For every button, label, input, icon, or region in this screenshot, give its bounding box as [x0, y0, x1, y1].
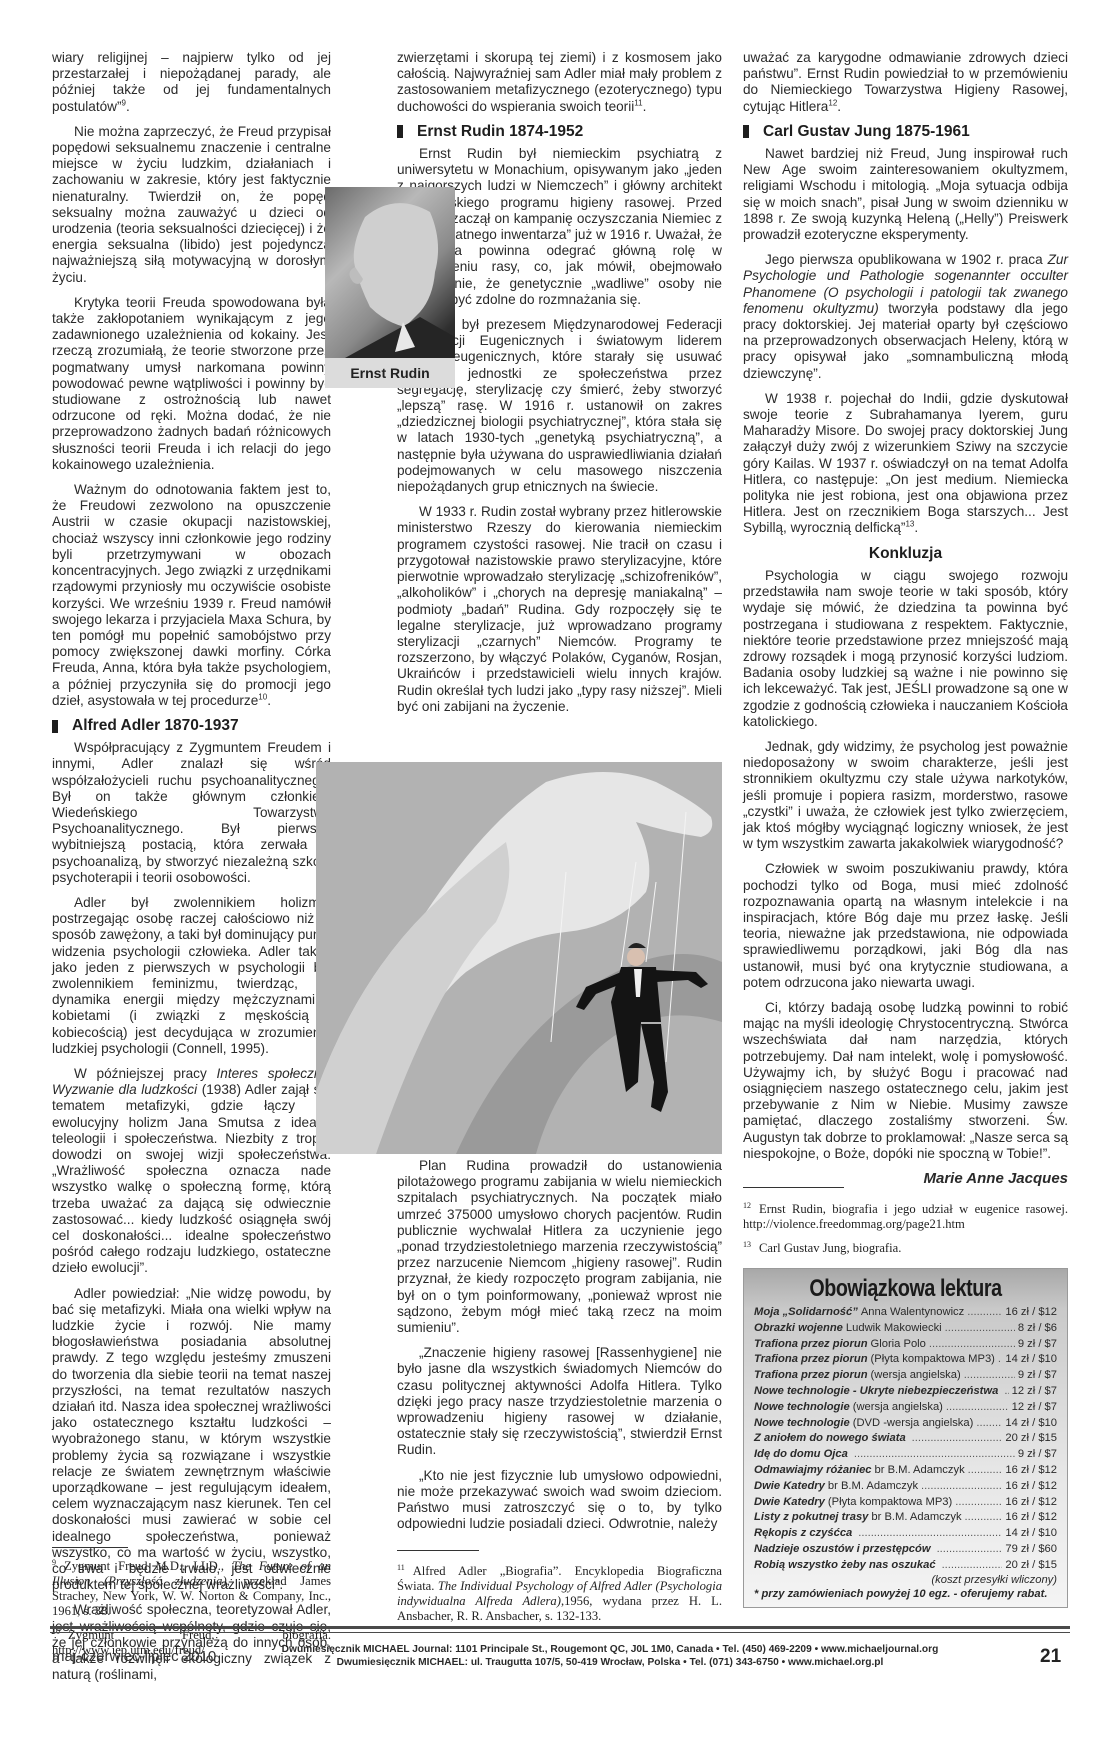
- paragraph: uważać za karygodne odmawianie zdrowych …: [743, 50, 1068, 115]
- book-item: Robią wszystko żeby nas oszukać20 zł / $…: [754, 1558, 1057, 1574]
- footer-divider: [50, 1626, 1070, 1629]
- paragraph: W 1933 r. Rudin został wybrany przez hit…: [397, 504, 722, 715]
- footnotes-middle: 11Alfred Adler „Biografia”. Encyklopedia…: [397, 1560, 722, 1629]
- book-item: Rękopis z czyśćca14 zł / $10: [754, 1526, 1057, 1542]
- footer-divider-thin: [50, 1632, 1070, 1633]
- page-number: 21: [1040, 1646, 1061, 1668]
- photo-caption: Ernst Rudin: [325, 358, 455, 388]
- paragraph: Nie można zaprzeczyć, że Freud przypisał…: [52, 124, 331, 286]
- paragraph: Człowiek w swoim poszukiwaniu prawdy, kt…: [743, 861, 1068, 991]
- book-item: Odmawiajmy różaniecbr B.M. Adamczyk16 zł…: [754, 1463, 1057, 1479]
- book-item: Z aniołem do nowego świata20 zł / $15: [754, 1431, 1057, 1447]
- footnote-divider: [397, 1550, 479, 1551]
- right-column: uważać za karygodne odmawianie zdrowych …: [743, 50, 1068, 1187]
- paragraph: Plan Rudina prowadził do ustanowienia pi…: [397, 1158, 722, 1336]
- paragraph: „Kto nie jest fizycznie lub umysłowo odp…: [397, 1468, 722, 1533]
- book-item: Dwie Katedry(Płyta kompaktowa MP3)16 zł …: [754, 1495, 1057, 1511]
- shipping-note: (koszt przesyłki wliczony): [744, 1574, 1067, 1586]
- book-item: Trafiona przez piorun(Płyta kompaktowa M…: [754, 1352, 1057, 1368]
- box-title: Obowiązkowa lektura: [773, 1275, 1038, 1303]
- footnote-9: 9Zygmunt Freud M.D., LLD., The Future of…: [52, 1555, 331, 1619]
- paragraph: Ważnym do odnotowania faktem jest to, że…: [52, 482, 331, 709]
- left-column: wiary religijnej – najpierw tylko od jej…: [52, 50, 331, 1693]
- section-heading-adler: Alfred Adler 1870-1937: [52, 718, 331, 734]
- footnote-13: 13Carl Gustav Jung, biografia.: [743, 1237, 1068, 1256]
- heading-bullet-icon: [52, 720, 58, 733]
- book-item: Dwie Katedrybr B.M. Adamczyk16 zł / $12: [754, 1479, 1057, 1495]
- book-item: Listy z pokutnej trasybr B.M. Adamczyk16…: [754, 1510, 1057, 1526]
- book-item: Nadzieje oszustów i przestępców79 zł / $…: [754, 1542, 1057, 1558]
- book-item: Moja „Solidarność”Anna Walentynowicz16 z…: [754, 1305, 1057, 1321]
- section-heading-rudin: Ernst Rudin 1874-1952: [397, 124, 722, 140]
- ernst-rudin-photo: Ernst Rudin: [325, 187, 455, 388]
- paragraph: Jednak, gdy widzimy, że psycholog jest p…: [743, 739, 1068, 852]
- portrait-icon: [325, 187, 455, 358]
- paragraph: Współpracujący z Zygmuntem Freudem i inn…: [52, 740, 331, 886]
- middle-column-bottom: Plan Rudina prowadził do ustanowienia pi…: [397, 1158, 722, 1541]
- paragraph: „Znaczenie higieny rasowej [Rassenhygien…: [397, 1345, 722, 1458]
- heading-bullet-icon: [743, 125, 749, 138]
- paragraph: Psychologia w ciągu swojego rozwoju prze…: [743, 568, 1068, 730]
- footnote-divider: [52, 1547, 128, 1548]
- paragraph: Krytyka teorii Freuda spowodowana była t…: [52, 295, 331, 473]
- section-heading-konkluzja: Konkluzja: [743, 546, 1068, 562]
- book-item: Nowe technologie(DVD -wersja angielska)1…: [754, 1416, 1057, 1432]
- footnote-12: 12Ernst Rudin, biografia i jego udział w…: [743, 1198, 1068, 1232]
- hand-puppet-icon: [316, 762, 722, 1154]
- paragraph: Nawet bardziej niż Freud, Jung inspirowa…: [743, 146, 1068, 243]
- publisher-line-poland: Dwumiesięcznik MICHAEL: ul. Traugutta 10…: [260, 1656, 960, 1669]
- book-item: Nowe technologie - Ukryte niebezpieczeńs…: [754, 1384, 1057, 1400]
- publisher-line-canada: Dwumiesięcznik MICHAEL Journal: 1101 Pri…: [260, 1643, 960, 1656]
- paragraph: wiary religijnej – najpierw tylko od jej…: [52, 50, 331, 115]
- publisher-info: Dwumiesięcznik MICHAEL Journal: 1101 Pri…: [260, 1643, 960, 1669]
- marionette-hand-illustration: [316, 762, 722, 1154]
- discount-note: * przy zamówieniach powyżej 10 egz. - of…: [744, 1588, 1067, 1600]
- book-item: Trafiona przez piorunGloria Polo9 zł / $…: [754, 1337, 1057, 1353]
- footnote-divider: [743, 1187, 844, 1188]
- heading-bullet-icon: [397, 125, 403, 138]
- paragraph: zwierzętami i skorupą tej ziemi) i z kos…: [397, 50, 722, 115]
- book-item: Trafiona przez piorun(wersja angielska)9…: [754, 1368, 1057, 1384]
- issue-date: maj-czerwiec-lipiec 2010: [52, 1648, 216, 1665]
- footnote-11: 11Alfred Adler „Biografia”. Encyklopedia…: [397, 1560, 722, 1624]
- book-item: Obrazki wojenneLudwik Makowiecki8 zł / $…: [754, 1321, 1057, 1337]
- section-heading-jung: Carl Gustav Jung 1875-1961: [743, 124, 1068, 140]
- paragraph: Ci, którzy badają osobę ludzką powinni t…: [743, 1000, 1068, 1162]
- required-reading-box: Obowiązkowa lektura Moja „Solidarność”An…: [743, 1268, 1068, 1608]
- paragraph: W 1938 r. pojechał do Indii, gdzie dysku…: [743, 391, 1068, 537]
- footnotes-right: 12Ernst Rudin, biografia i jego udział w…: [743, 1198, 1068, 1261]
- author-signature: Marie Anne Jacques: [743, 1171, 1068, 1187]
- book-list: Moja „Solidarność”Anna Walentynowicz16 z…: [744, 1303, 1067, 1574]
- book-item: Idę do domu Ojca9 zł / $7: [754, 1447, 1057, 1463]
- paragraph: Jego pierwsza opublikowana w 1902 r. pra…: [743, 252, 1068, 382]
- paragraph: Adler był zwolennikiem holizmu, postrzeg…: [52, 895, 331, 1057]
- paragraph: W późniejszej pracy Interes społeczny. W…: [52, 1066, 331, 1277]
- book-item: Nowe technologie(wersja angielska)12 zł …: [754, 1400, 1057, 1416]
